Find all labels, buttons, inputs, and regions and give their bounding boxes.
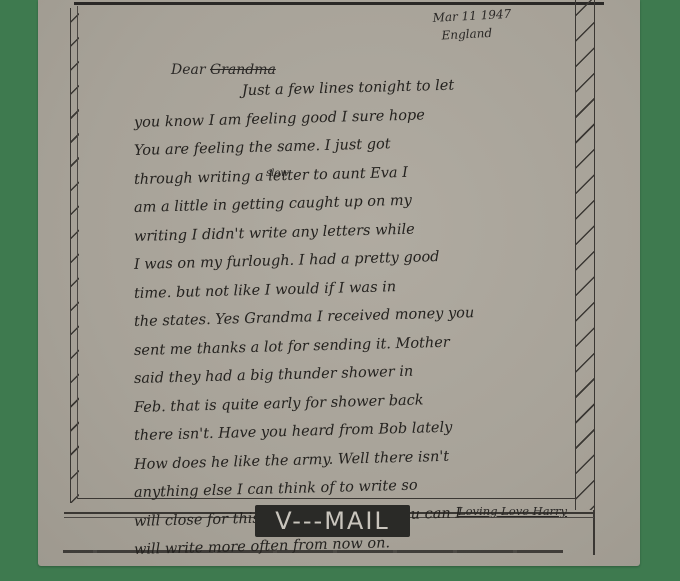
closing-signature: Loving Love Harry (458, 504, 567, 518)
salutation: Dear Grandma (171, 62, 276, 78)
salutation-prefix: Dear (171, 62, 206, 78)
letter-date: Mar 11 1947 (432, 7, 511, 25)
letter-date-block: Mar 11 1947 England (432, 3, 544, 45)
letter-body: Just a few lines tonight to let you know… (134, 80, 614, 565)
vmail-letter-sheet: Mar 11 1947 England Dear Grandma slow Ju… (38, 0, 640, 566)
v-mail-stamp: V---MAIL (255, 505, 410, 537)
